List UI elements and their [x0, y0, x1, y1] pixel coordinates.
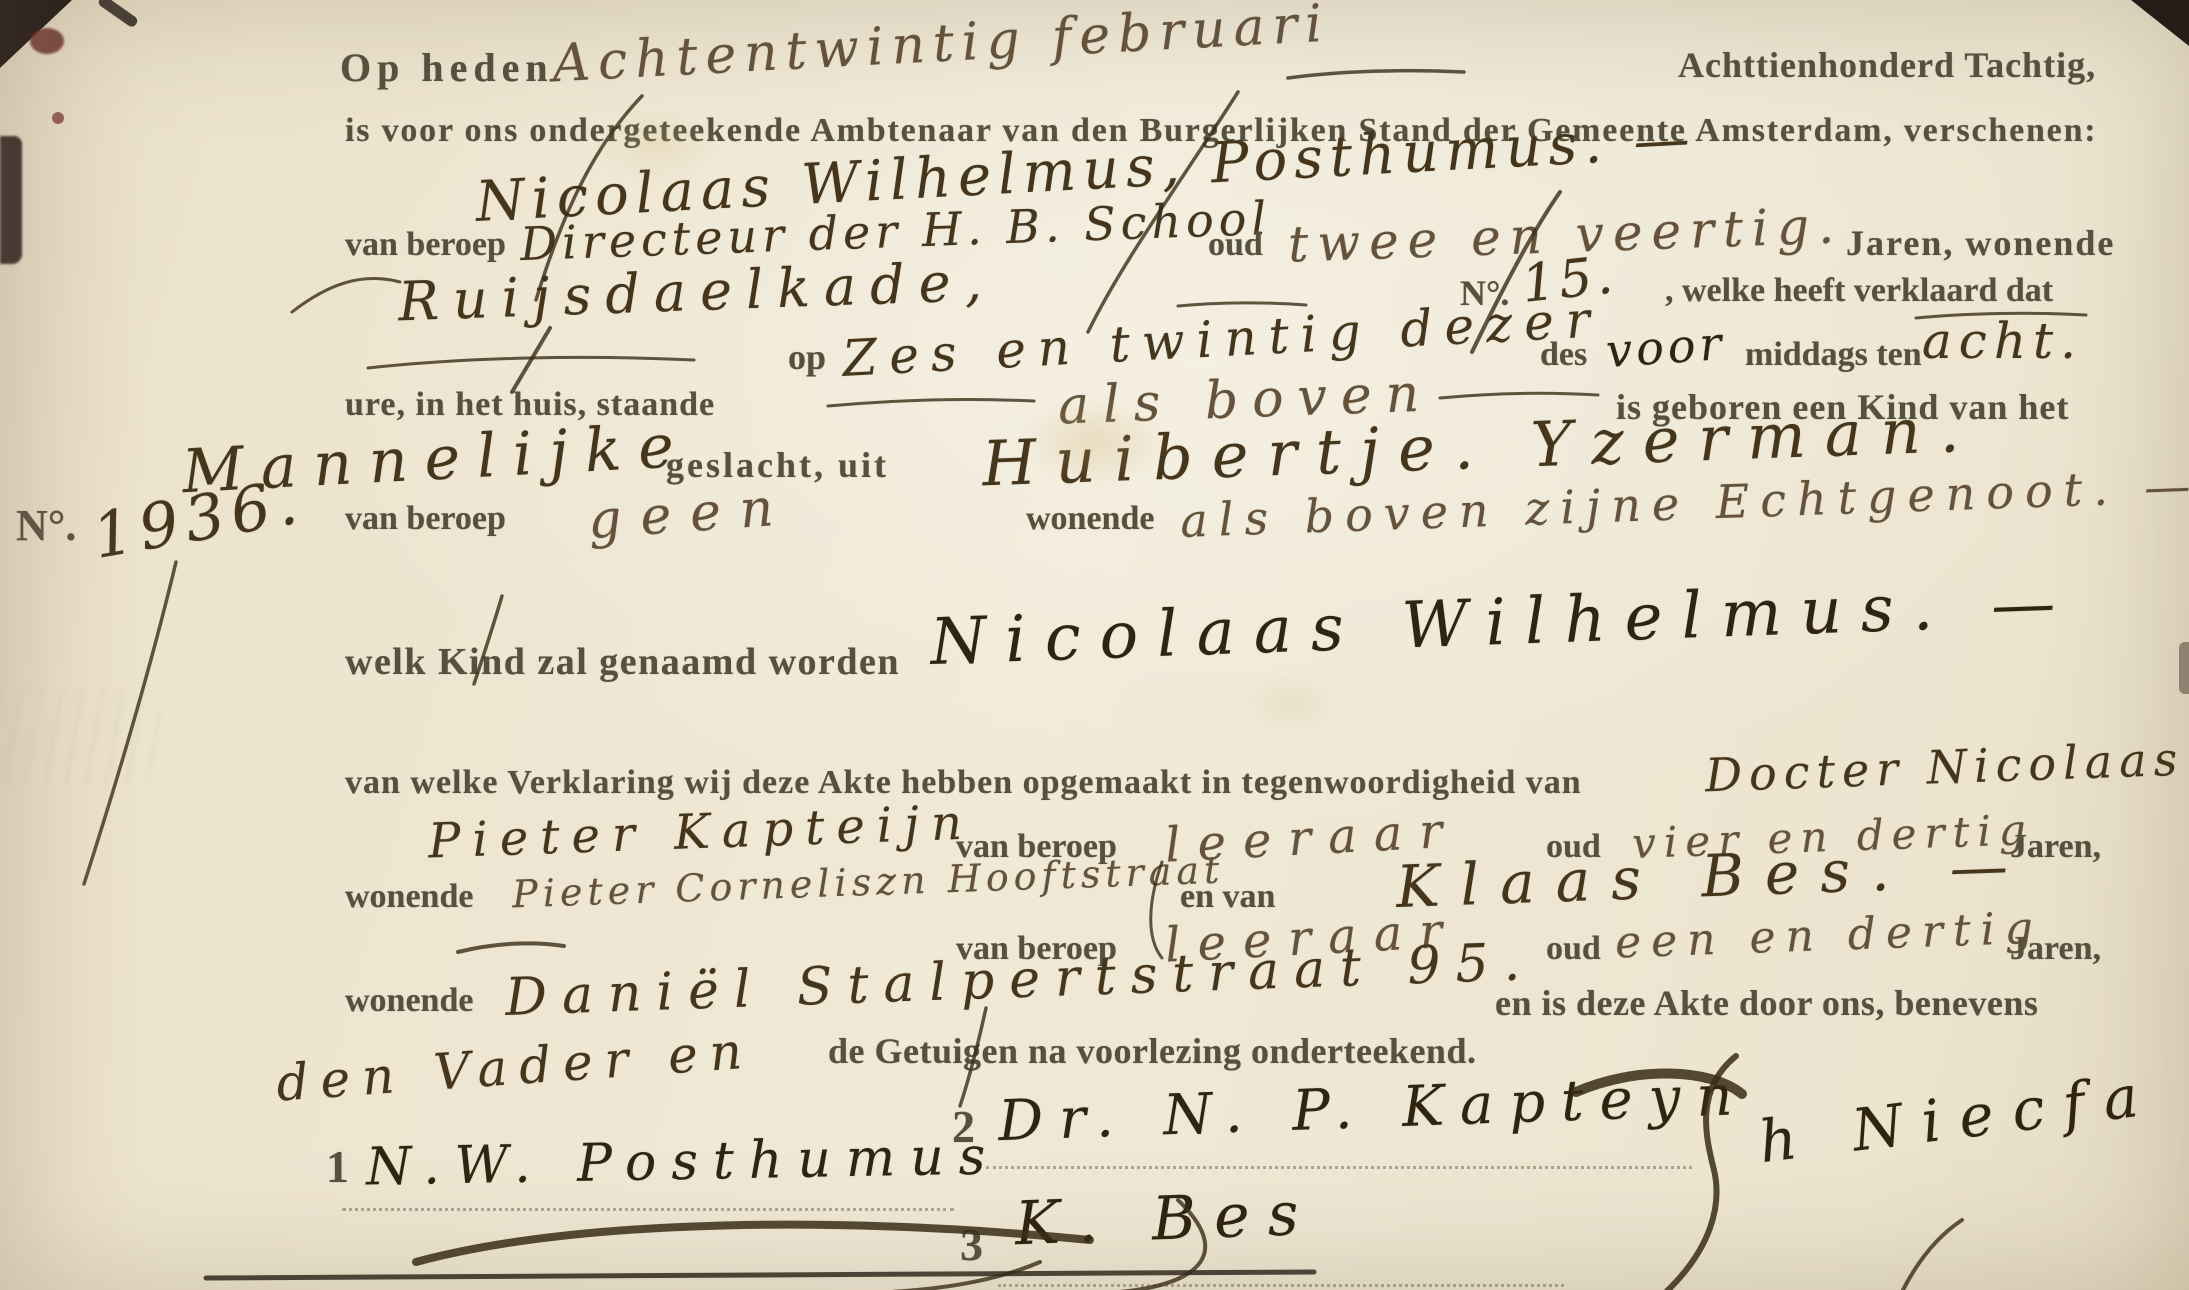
- scan-corner-top-right: [2131, 0, 2189, 46]
- print-welke-heeft: , welke heeft verklaard dat: [1665, 272, 2053, 310]
- print-jaren-wonende: Jaren, wonende: [1846, 222, 2115, 264]
- print-middags-ten: middags ten: [1745, 336, 1922, 374]
- print-wonende-2: wonende: [345, 878, 473, 916]
- print-sig-number-2: 2: [952, 1100, 975, 1153]
- hw-witness2-age: een en dertig: [1614, 903, 2043, 969]
- hw-birth-hour: acht.: [1922, 312, 2083, 370]
- print-voorlezing: de Getuigen na voorlezing onderteekend.: [828, 1030, 1476, 1072]
- print-op-heden: Op heden: [340, 44, 554, 91]
- hw-child-name: Nicolaas Wilhelmus. —: [929, 566, 2075, 680]
- bleedthrough-ghost: [0, 688, 160, 784]
- red-mark-top-left: [30, 28, 64, 54]
- birth-certificate-scan: Op heden Achtentwintig februari Achttien…: [0, 0, 2189, 1290]
- print-sig-number-3: 3: [960, 1218, 983, 1271]
- signature-registrar: h Niecfa: [1755, 1060, 2160, 1176]
- signature-witness-2: K. Bes: [1014, 1179, 1318, 1259]
- ink-nick-top: [97, 0, 139, 29]
- print-van-beroep-2: van beroep: [345, 500, 506, 538]
- paper-stain-2: [592, 108, 722, 182]
- hw-witness1-name-a: Docter Nicolaas: [1704, 732, 2185, 803]
- print-oud-1: oud: [1208, 226, 1263, 264]
- signature-line-3: [998, 1284, 1564, 1287]
- hw-voor: voor: [1604, 316, 1727, 378]
- hw-date: Achtentwintig februari: [551, 0, 1331, 94]
- signature-father: N.W. Posthumus: [366, 1126, 1001, 1197]
- print-des: des: [1540, 336, 1587, 374]
- print-sig-number-1: 1: [326, 1140, 349, 1193]
- scan-edge-right-nick: [2179, 642, 2189, 694]
- print-margin-no-label: N°.: [16, 500, 76, 551]
- signature-witness-1: Dr. N. P. Kapteyn: [997, 1063, 1749, 1154]
- print-year: Achttienhonderd Tachtig,: [1678, 44, 2096, 86]
- left-tint: [0, 0, 150, 1290]
- hw-den-vader-en: den Vader en: [275, 1021, 756, 1112]
- print-wonende-3: wonende: [345, 982, 473, 1020]
- hw-mother-occupation: geen: [586, 477, 794, 551]
- print-akte-door-ons: en is deze Akte door ons, benevens: [1495, 982, 2038, 1024]
- print-op: op: [788, 336, 826, 378]
- print-en-van: en van: [1180, 878, 1275, 916]
- print-oud-3: oud: [1546, 930, 1601, 968]
- scan-edge-left: [0, 136, 22, 264]
- print-welk-kind: welk Kind zal genaamd worden: [345, 640, 900, 684]
- paper-stain-3: [1240, 672, 1340, 736]
- signature-line-2: [986, 1166, 1692, 1169]
- paper-stain-1: [1020, 396, 1170, 488]
- print-wonende-1: wonende: [1026, 500, 1154, 538]
- signature-line-1: [342, 1208, 954, 1211]
- print-jaren-2: Jaren,: [2010, 930, 2101, 968]
- print-van-beroep-1: van beroep: [345, 226, 506, 264]
- red-speck-left: [52, 112, 64, 124]
- hw-act-number: 1936.: [87, 464, 309, 573]
